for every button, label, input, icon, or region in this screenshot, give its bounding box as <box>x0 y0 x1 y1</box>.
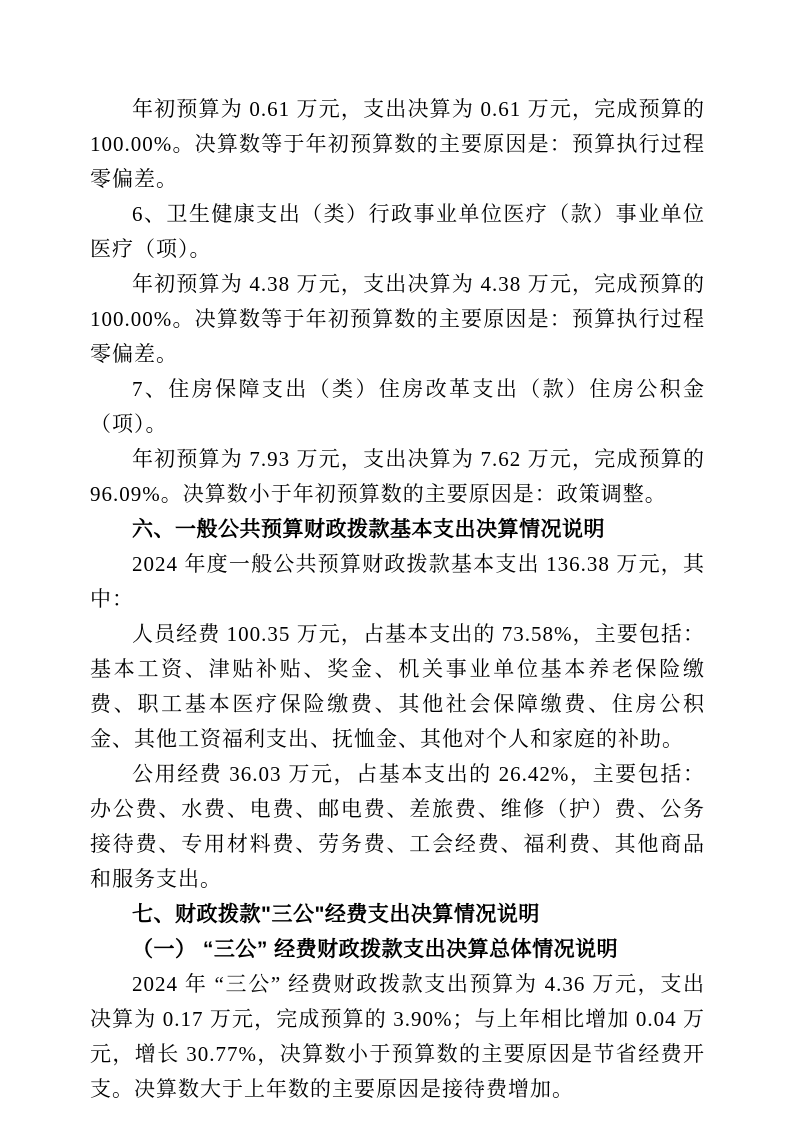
document-page: 年初预算为 0.61 万元，支出决算为 0.61 万元，完成预算的 100.00… <box>0 0 793 1122</box>
section-heading-six: 六、一般公共预算财政拨款基本支出决算情况说明 <box>90 512 705 547</box>
section-heading-seven: 七、财政拨款"三公"经费支出决算情况说明 <box>90 897 705 932</box>
paragraph-item-6-title: 6、卫生健康支出（类）行政事业单位医疗（款）事业单位医疗（项）。 <box>90 197 705 267</box>
paragraph-budget-note-1: 年初预算为 0.61 万元，支出决算为 0.61 万元，完成预算的 100.00… <box>90 92 705 197</box>
paragraph-budget-note-3: 年初预算为 7.93 万元，支出决算为 7.62 万元，完成预算的 96.09%… <box>90 442 705 512</box>
paragraph-item-7-title: 7、住房保障支出（类）住房改革支出（款）住房公积金（项）。 <box>90 372 705 442</box>
paragraph-three-public-funds-summary: 2024 年 “三公” 经费财政拨款支出预算为 4.36 万元，支出决算为 0.… <box>90 967 705 1107</box>
paragraph-basic-expenditure-total: 2024 年度一般公共预算财政拨款基本支出 136.38 万元，其中： <box>90 547 705 617</box>
subsection-heading-one: （一） “三公” 经费财政拨款支出决算总体情况说明 <box>90 932 705 967</box>
paragraph-personnel-funds: 人员经费 100.35 万元，占基本支出的 73.58%，主要包括：基本工资、津… <box>90 617 705 757</box>
paragraph-budget-note-2: 年初预算为 4.38 万元，支出决算为 4.38 万元，完成预算的 100.00… <box>90 267 705 372</box>
document-body: 年初预算为 0.61 万元，支出决算为 0.61 万元，完成预算的 100.00… <box>90 92 705 1107</box>
paragraph-public-funds: 公用经费 36.03 万元，占基本支出的 26.42%，主要包括：办公费、水费、… <box>90 757 705 897</box>
